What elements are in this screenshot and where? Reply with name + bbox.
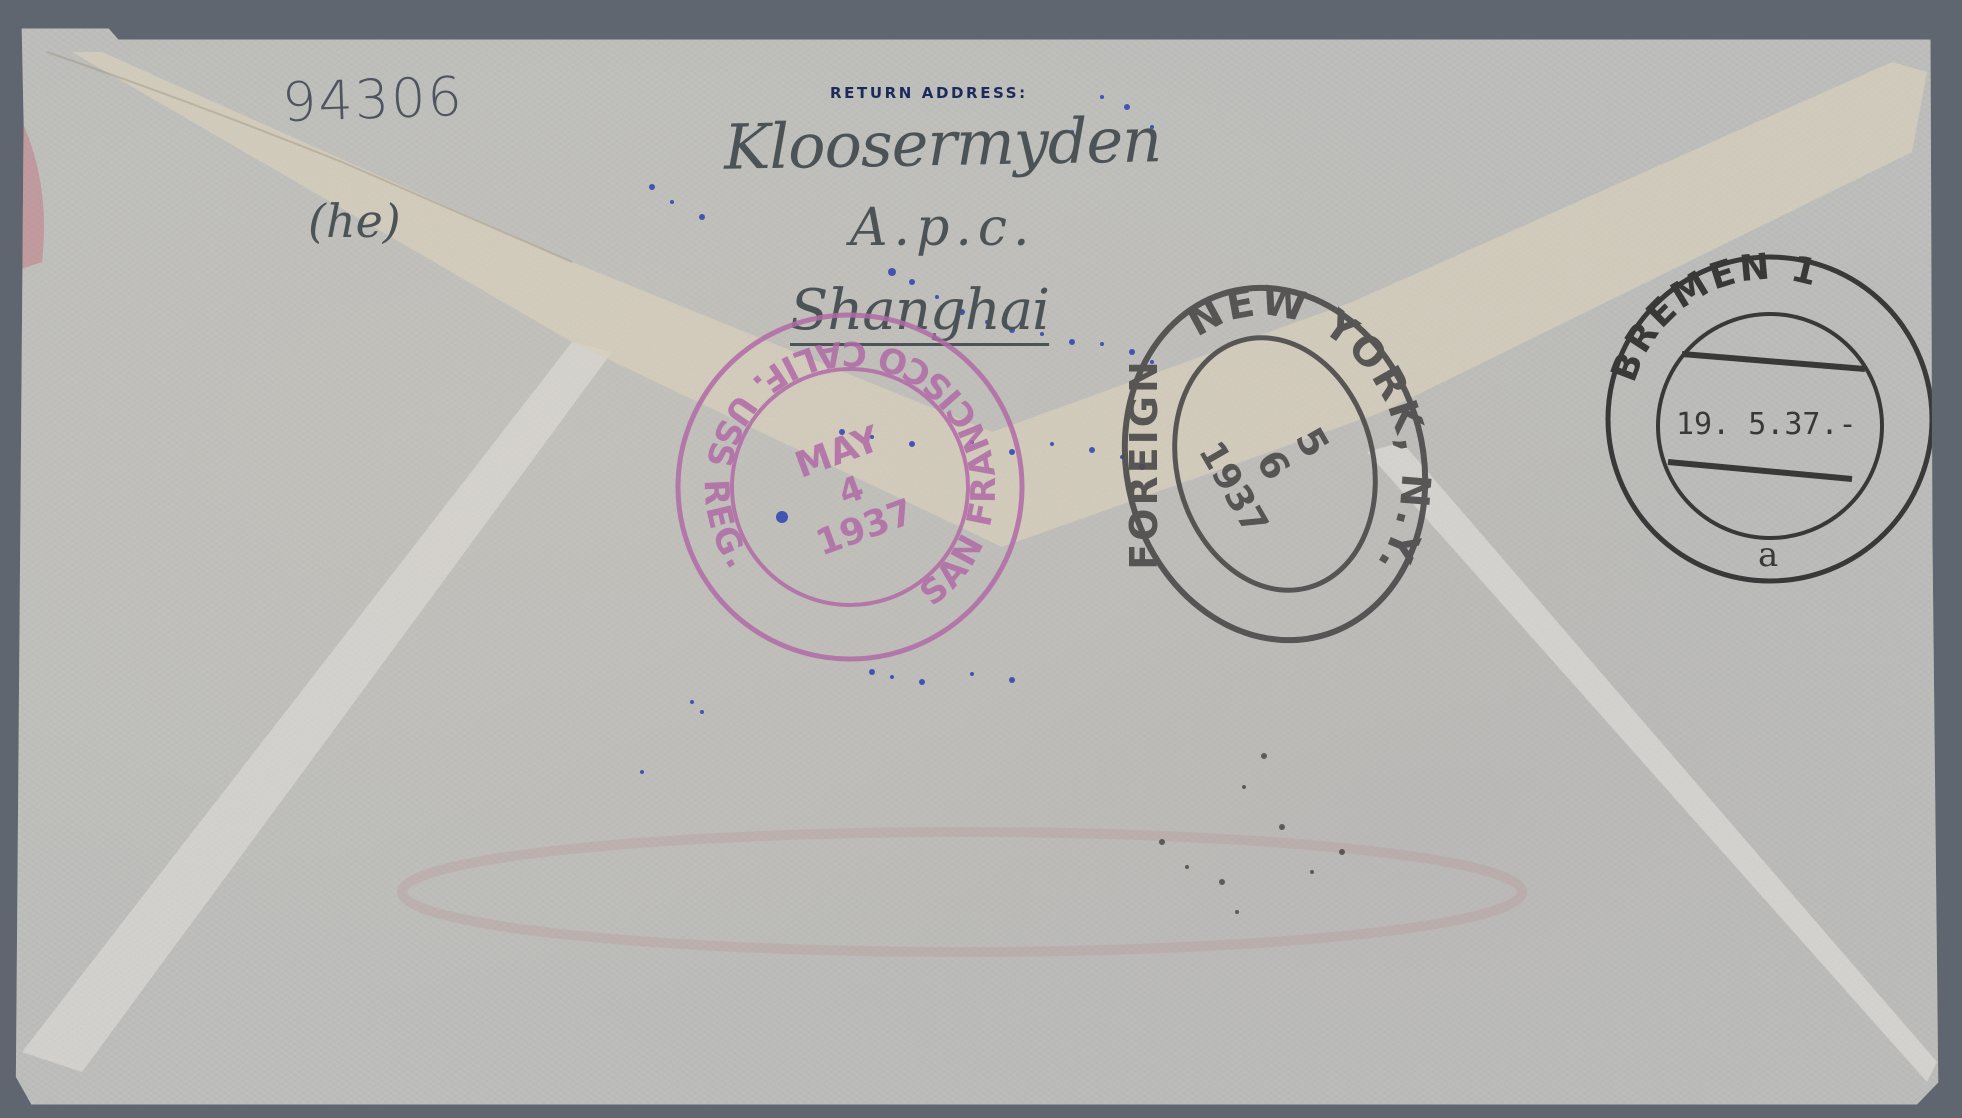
bremen-postmark-date: 19. 5.37.-: [1676, 407, 1857, 442]
catalog-number-note: 94306: [281, 65, 465, 134]
return-address-line1: Kloosermyden: [723, 103, 1161, 184]
bremen-postmark: BREMEN 1 19. 5.37.- a: [1590, 244, 1950, 594]
envelope: RETURN ADDRESS: 94306 (he) Kloosermyden …: [12, 12, 1946, 1110]
bremen-postmark-suffix: a: [1758, 535, 1778, 575]
ny-postmark-outer-text-left: FOREIGN: [1122, 358, 1166, 570]
new-york-postmark: NEW YORK, N.Y. FOREIGN 5 6 1937: [1110, 274, 1440, 654]
san-francisco-postmark: SAN FRANCISCO CALIF. USS REG. MAY 4 1937: [670, 307, 1030, 667]
return-address-label: RETURN ADDRESS:: [830, 84, 1028, 102]
return-address-line2: A.p.c.: [850, 198, 1036, 258]
pencil-note: (he): [308, 194, 401, 248]
ny-postmark-date-year: 1937: [1190, 435, 1276, 542]
